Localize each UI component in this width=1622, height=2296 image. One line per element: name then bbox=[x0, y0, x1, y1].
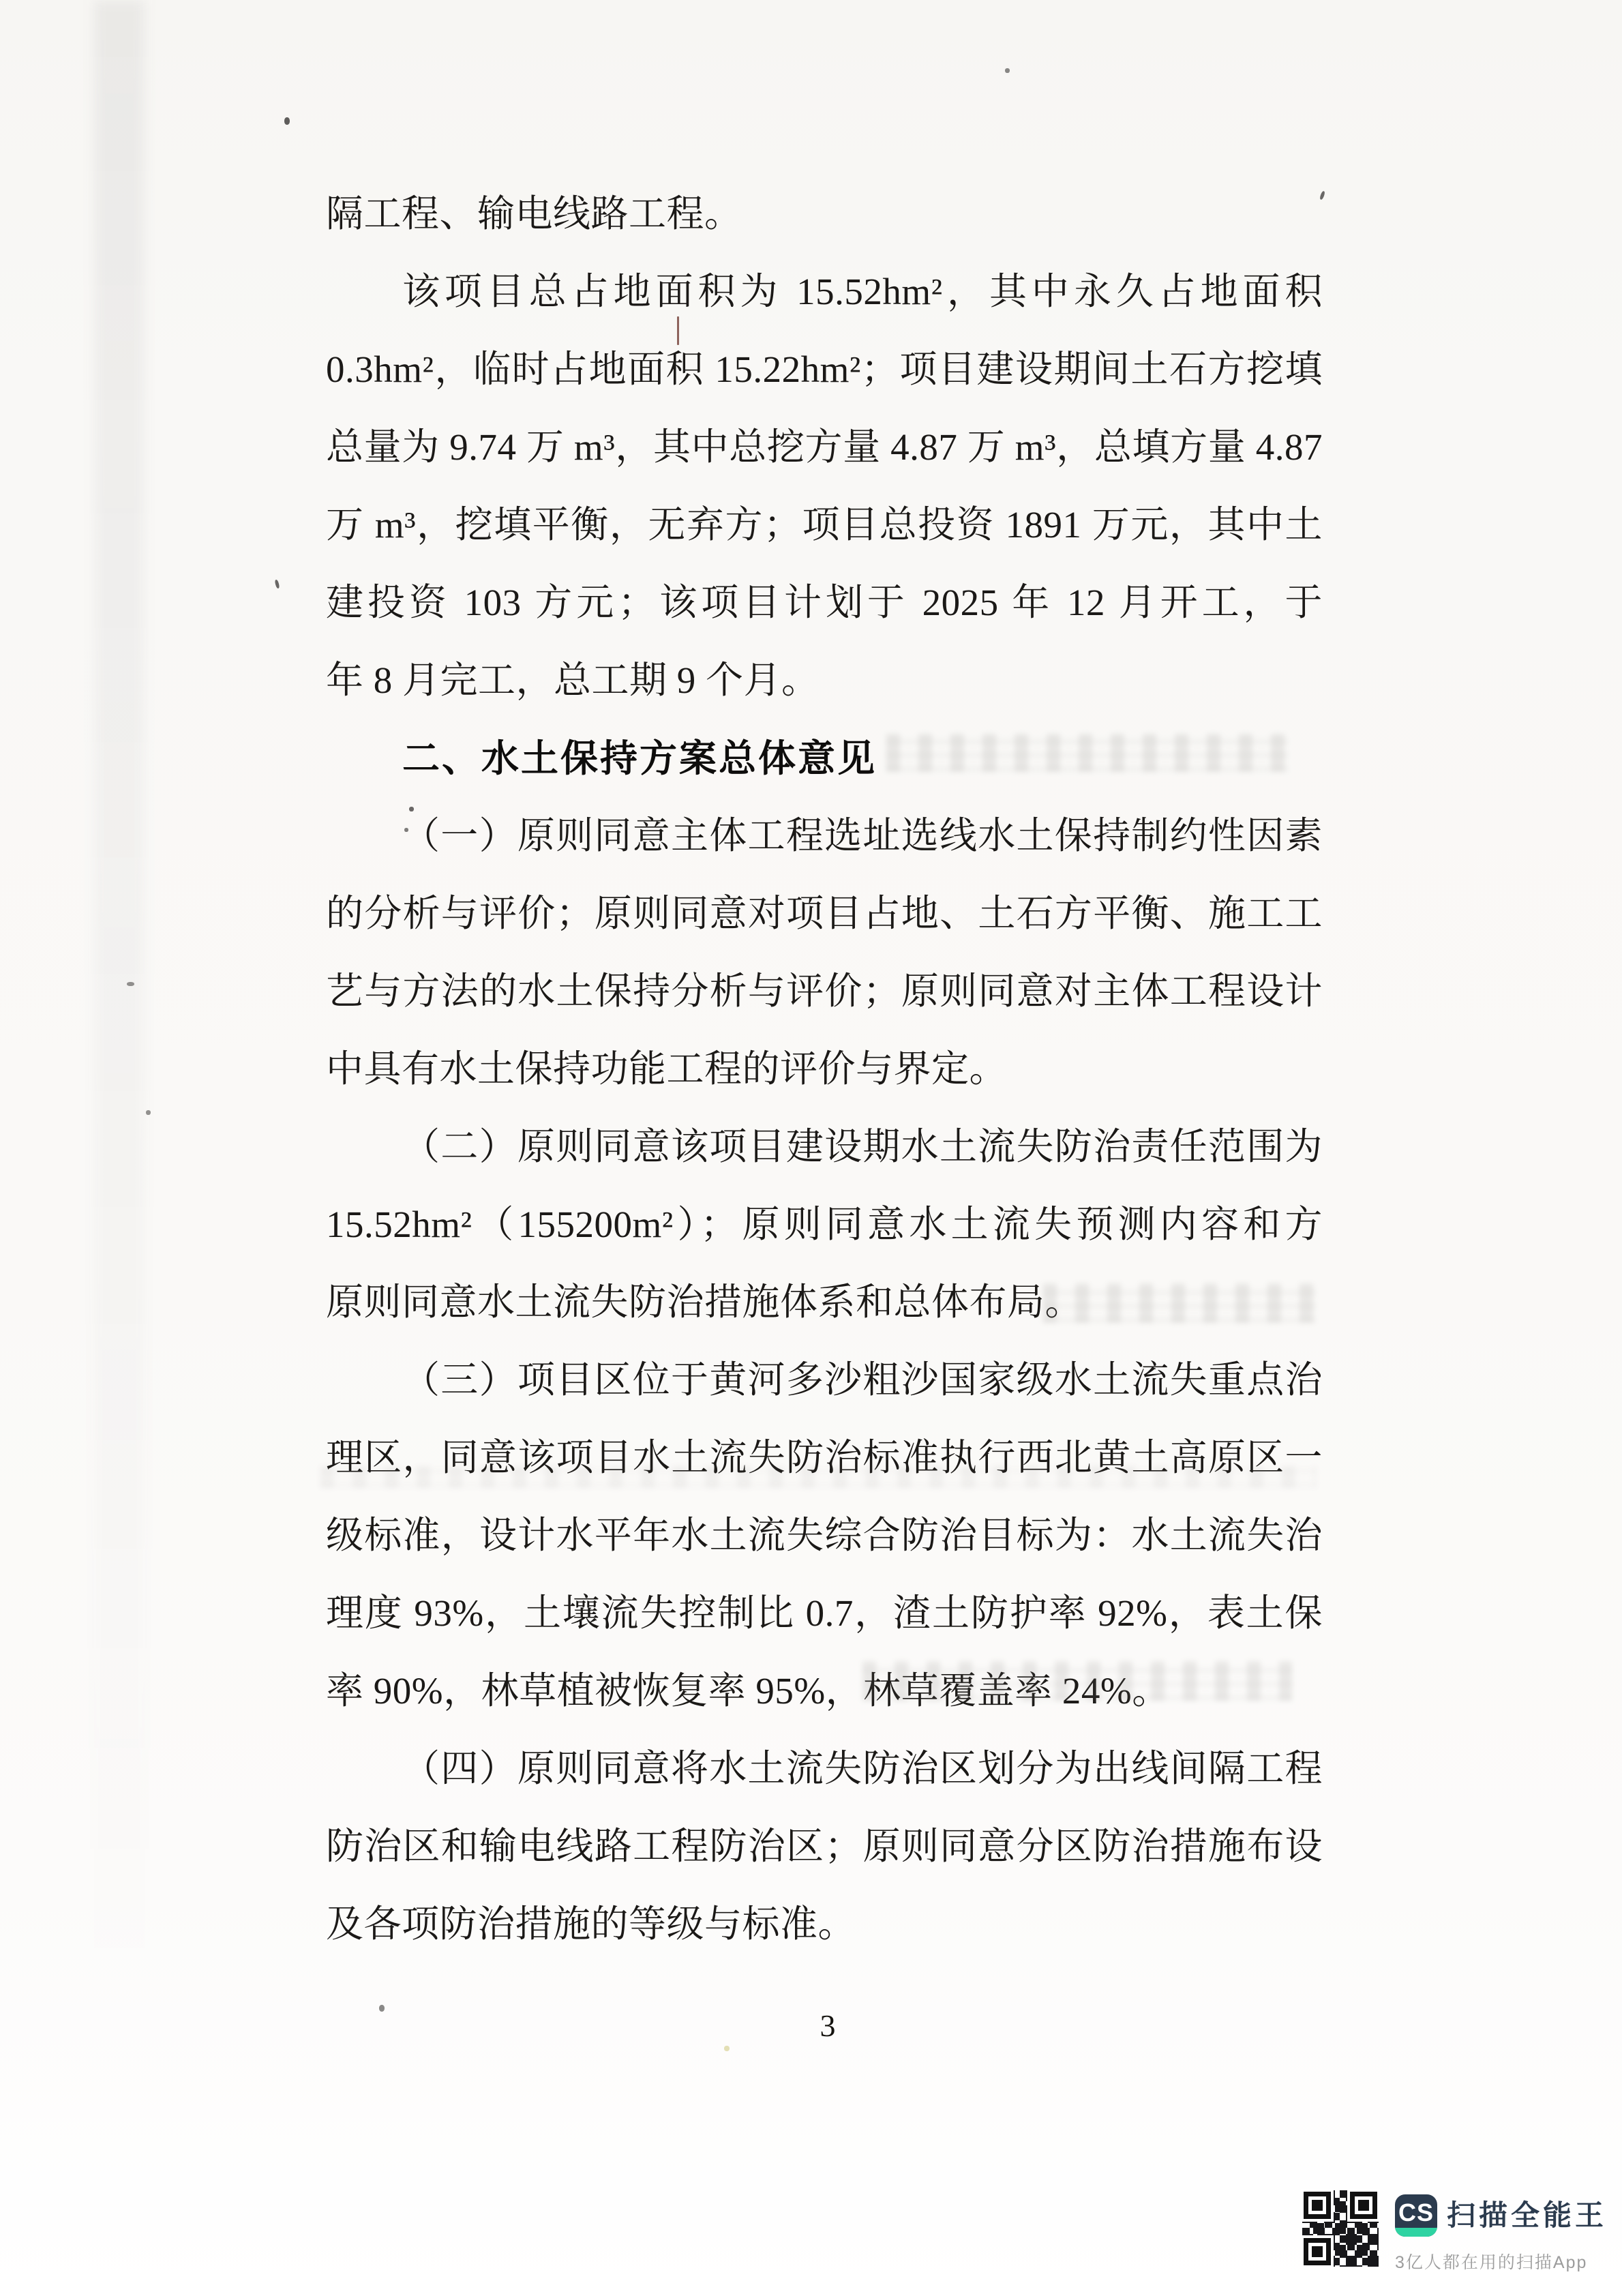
text-line: 万 m³，挖填平衡，无弃方；项目总投资 1891 万元，其中土 bbox=[326, 486, 1323, 564]
text-line: 艺与方法的水土保持分析与评价；原则同意对主体工程设计 bbox=[326, 953, 1323, 1030]
camscanner-logo-label: CS bbox=[1395, 2196, 1437, 2230]
text-line: 的分析与评价；原则同意对项目占地、土石方平衡、施工工 bbox=[326, 875, 1323, 953]
qr-finder-pattern bbox=[1304, 2238, 1331, 2265]
text-line: 0.3hm²，临时占地面积 15.22hm²；项目建设期间土石方挖填 bbox=[326, 331, 1323, 408]
scan-speck bbox=[404, 828, 408, 832]
qr-code-icon bbox=[1302, 2190, 1379, 2267]
qr-finder-pattern bbox=[1350, 2192, 1377, 2219]
text-line: （三）项目区位于黄河多沙粗沙国家级水土流失重点治 bbox=[326, 1341, 1323, 1419]
scan-line-artifact bbox=[677, 316, 679, 345]
document-text: 隔工程、输电线路工程。 该项目总占地面积为 15.52hm²，其中永久占地面积 … bbox=[326, 175, 1323, 1963]
scanned-page: 隔工程、输电线路工程。 该项目总占地面积为 15.52hm²，其中永久占地面积 … bbox=[0, 0, 1622, 2296]
section-heading: 二、水土保持方案总体意见 bbox=[326, 719, 1323, 797]
camscanner-logo-teal-strip bbox=[1395, 2228, 1437, 2237]
text-line: （一）原则同意主体工程选址选线水土保持制约性因素 bbox=[326, 797, 1323, 875]
text-line: （二）原则同意该项目建设期水土流失防治责任范围为 bbox=[326, 1108, 1323, 1186]
camscanner-app-name: 扫描全能王 bbox=[1447, 2196, 1607, 2235]
qr-finder-pattern bbox=[1304, 2192, 1331, 2219]
text-line: 理度 93%，土壤流失控制比 0.7，渣土防护率 92%，表土保护 bbox=[326, 1575, 1323, 1652]
text-line: 级标准，设计水平年水土流失综合防治目标为：水土流失治 bbox=[326, 1497, 1323, 1575]
text-line: （四）原则同意将水土流失防治区划分为出线间隔工程 bbox=[326, 1730, 1323, 1808]
text-line: 总量为 9.74 万 m³，其中总挖方量 4.87 万 m³，总填方量 4.87 bbox=[326, 408, 1323, 486]
scan-speck bbox=[146, 1110, 151, 1115]
text-line: 15.52hm²（155200m²）；原则同意水土流失预测内容和方法； bbox=[326, 1186, 1323, 1264]
text-line: 隔工程、输电线路工程。 bbox=[326, 175, 1323, 253]
camscanner-tagline: 3亿人都在用的扫描App bbox=[1395, 2249, 1587, 2273]
text-line: 防治区和输电线路工程防治区；原则同意分区防治措施布设 bbox=[326, 1808, 1323, 1885]
scan-speck bbox=[1005, 68, 1010, 73]
text-line: 及各项防治措施的等级与标准。 bbox=[326, 1885, 1323, 1963]
text-line: 率 90%，林草植被恢复率 95%，林草覆盖率 24%。 bbox=[326, 1652, 1323, 1730]
text-line: 建投资 103 方元；该项目计划于 2025 年 12 月开工，于 2026 bbox=[326, 564, 1323, 642]
text-line: 理区，同意该项目水土流失防治标准执行西北黄土高原区一 bbox=[326, 1419, 1323, 1497]
scan-speck bbox=[127, 982, 134, 986]
text-line: 原则同意水土流失防治措施体系和总体布局。 bbox=[326, 1264, 1323, 1341]
scan-shadow-band bbox=[94, 0, 145, 1998]
scan-speck bbox=[274, 580, 280, 589]
camscanner-logo-icon: CS bbox=[1395, 2194, 1437, 2237]
text-line: 年 8 月完工，总工期 9 个月。 bbox=[326, 642, 1323, 719]
camscanner-watermark: CS 扫描全能王 3亿人都在用的扫描App bbox=[1302, 2188, 1589, 2273]
scan-speck bbox=[379, 2005, 385, 2012]
text-line: 该项目总占地面积为 15.52hm²，其中永久占地面积 bbox=[326, 253, 1323, 331]
scan-speck bbox=[409, 807, 414, 811]
scan-speck bbox=[284, 117, 290, 125]
page-number: 3 bbox=[820, 2010, 836, 2042]
text-line: 中具有水土保持功能工程的评价与界定。 bbox=[326, 1030, 1323, 1108]
scan-speck bbox=[724, 2046, 730, 2051]
